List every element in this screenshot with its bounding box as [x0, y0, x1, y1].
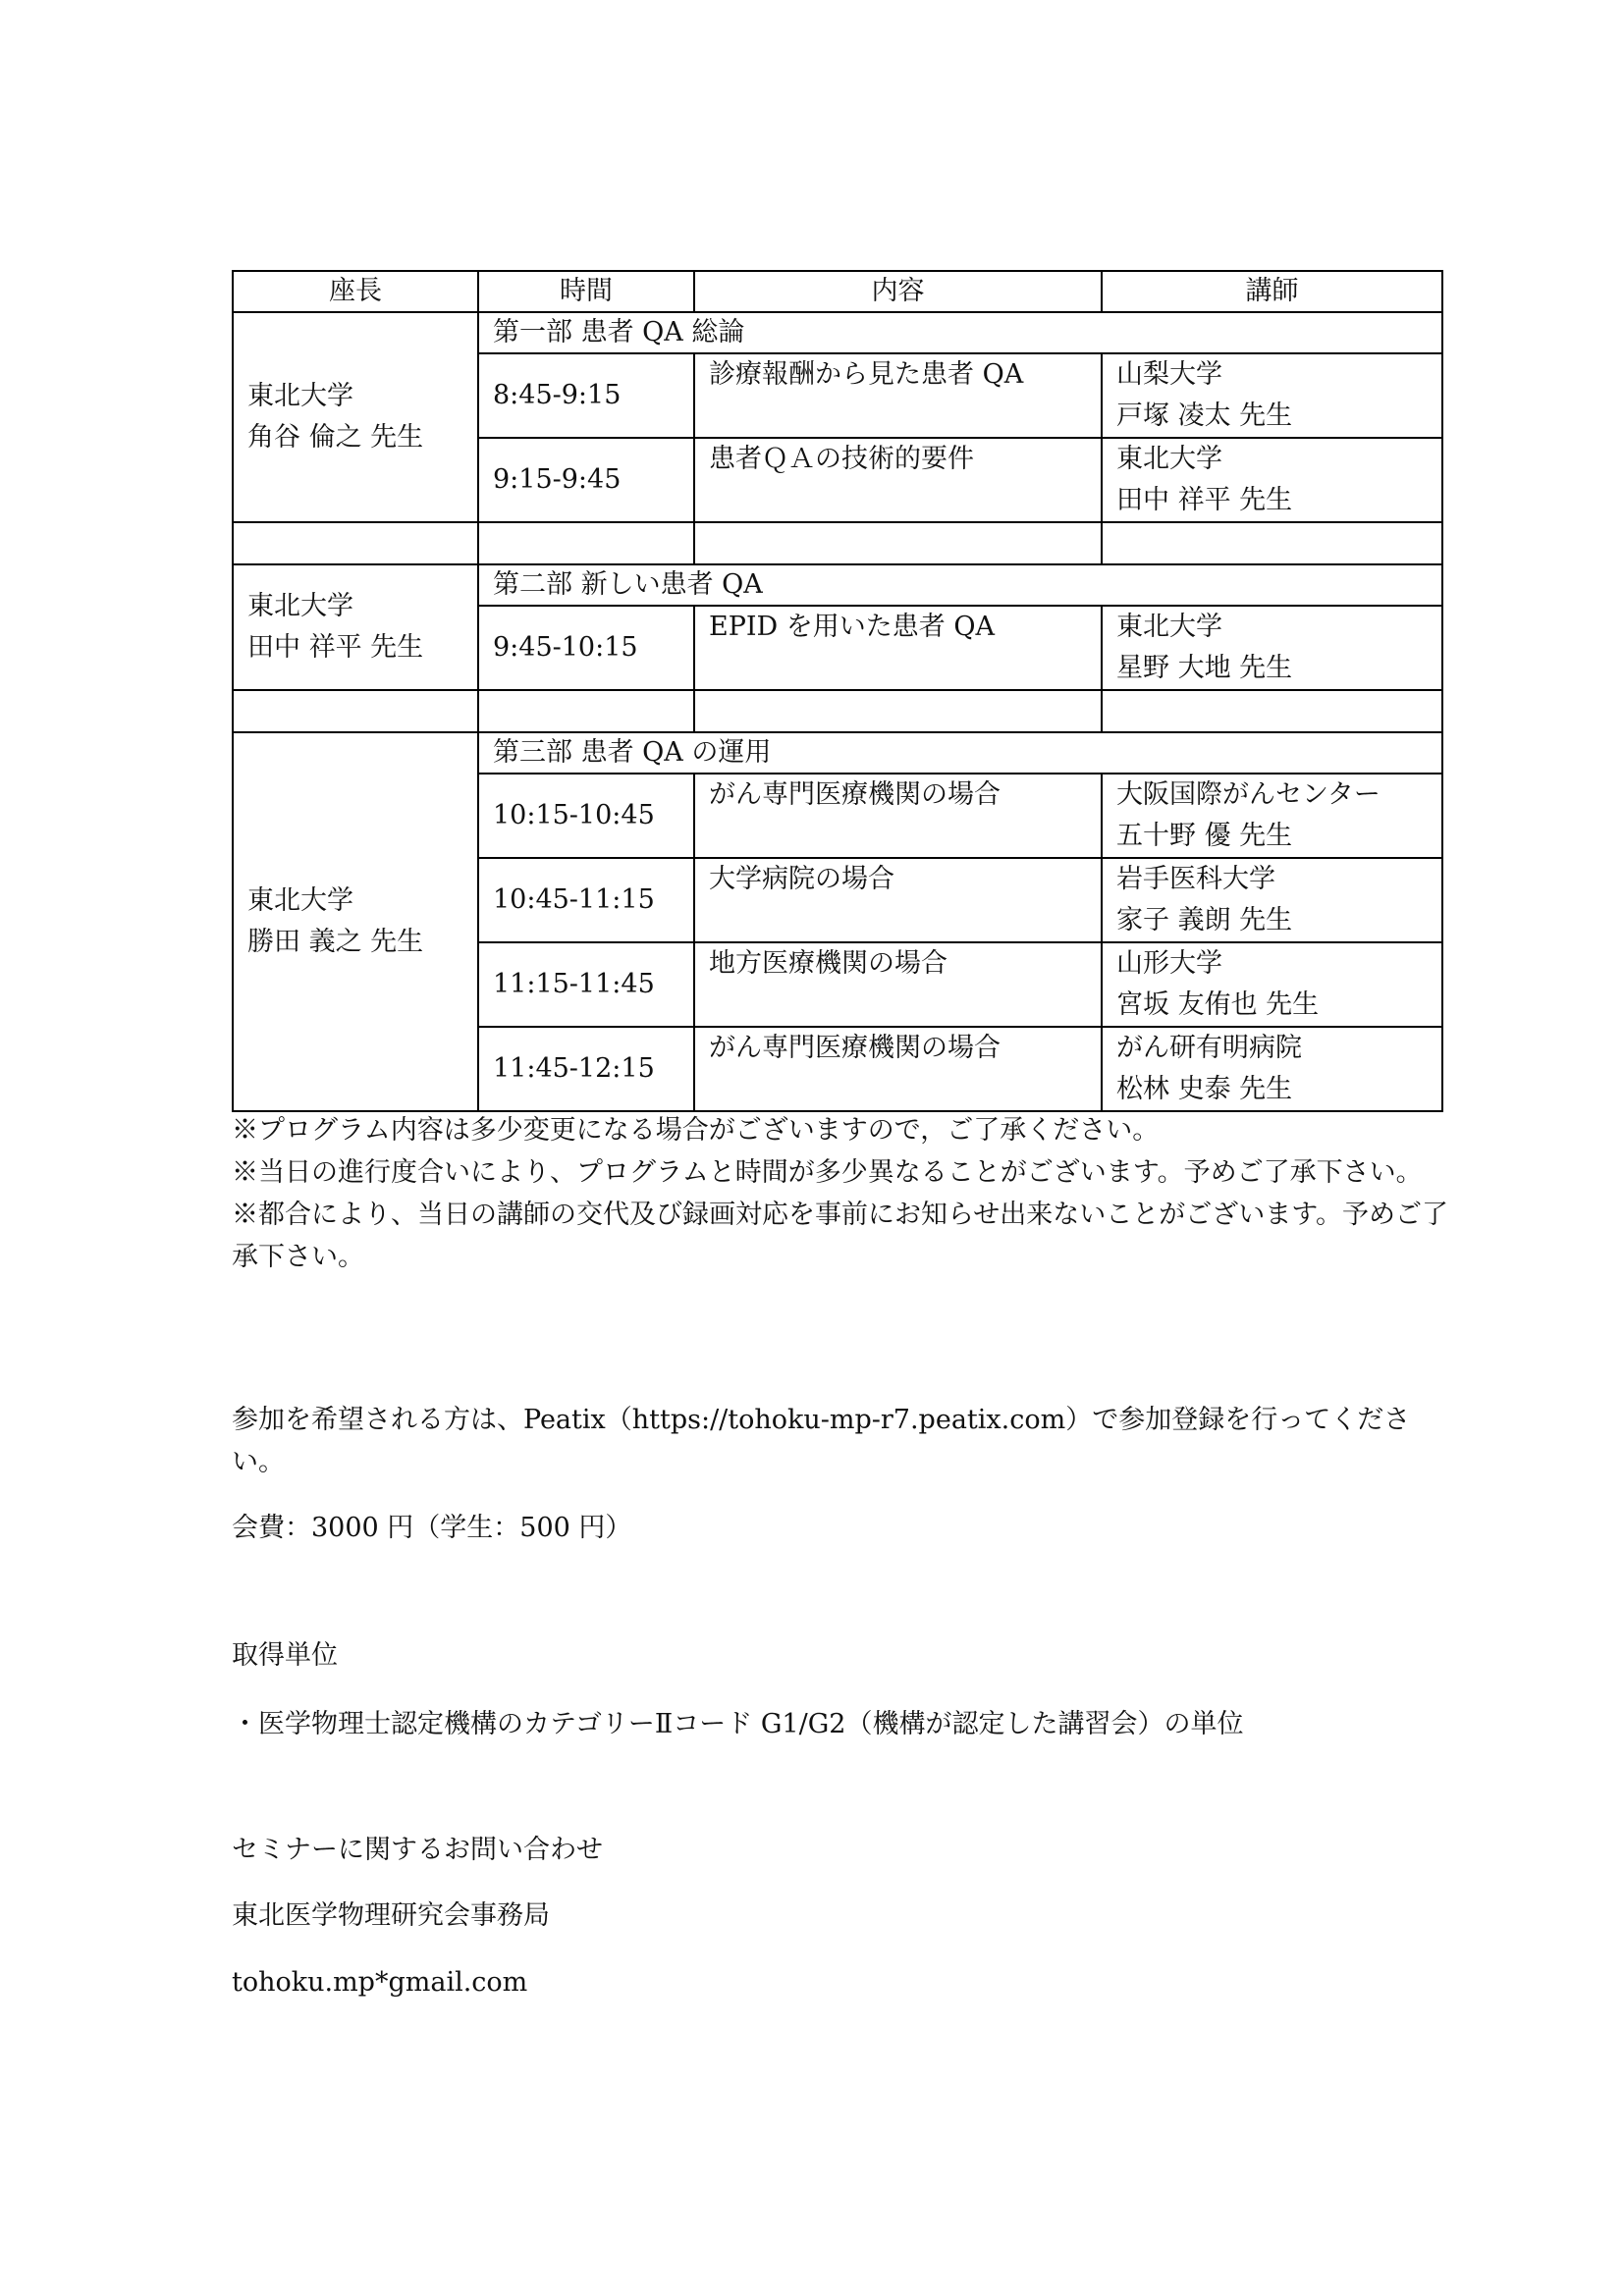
chair-affiliation: 東北大学 [247, 881, 463, 922]
empty-cell [233, 522, 478, 564]
fee-text: 会費：3000 円（学生：500 円） [232, 1507, 1459, 1549]
contact-org: 東北医学物理研究会事務局 [232, 1895, 1459, 1937]
lecturer-affiliation: 岩手医科大学 [1116, 859, 1428, 900]
session-content: 地方医療機関の場合 [694, 942, 1102, 1027]
session-lecturer: 山形大学 宮坂 友侑也 先生 [1102, 942, 1442, 1027]
lecturer-affiliation: 山形大学 [1116, 943, 1428, 985]
table-header-row: 座長 時間 内容 講師 [233, 271, 1442, 312]
part-1-chair: 東北大学 角谷 倫之 先生 [233, 312, 478, 522]
chair-affiliation: 東北大学 [247, 586, 463, 627]
session-time: 10:45-11:15 [478, 858, 694, 942]
session-content: 診療報酬から見た患者 QA [694, 353, 1102, 438]
session-content: がん専門医療機関の場合 [694, 1027, 1102, 1111]
part-3-title-row: 東北大学 勝田 義之 先生 第三部 患者 QA の運用 [233, 732, 1442, 774]
header-lecturer: 講師 [1102, 271, 1442, 312]
lecturer-affiliation: がん研有明病院 [1116, 1028, 1428, 1069]
session-lecturer: 岩手医科大学 家子 義朗 先生 [1102, 858, 1442, 942]
session-content: 大学病院の場合 [694, 858, 1102, 942]
note-3: ※都合により、当日の講師の交代及び録画対応を事前にお知らせ出来ないことがございま… [232, 1194, 1459, 1278]
session-time: 8:45-9:15 [478, 353, 694, 438]
lecturer-name: 宮坂 友侑也 先生 [1116, 985, 1428, 1026]
registration-text: 参加を希望される方は、Peatix（https://tohoku-mp-r7.p… [232, 1399, 1459, 1483]
session-time: 11:45-12:15 [478, 1027, 694, 1111]
contact-heading: セミナーに関するお問い合わせ [232, 1829, 1459, 1871]
spacer-row [233, 690, 1442, 732]
chair-name: 勝田 義之 先生 [247, 922, 463, 963]
lecturer-name: 松林 史泰 先生 [1116, 1069, 1428, 1110]
program-table: 座長 時間 内容 講師 東北大学 角谷 倫之 先生 第一部 患者 QA 総論 8… [232, 270, 1443, 1112]
chair-affiliation: 東北大学 [247, 376, 463, 417]
session-content: EPID を用いた患者 QA [694, 606, 1102, 690]
part-1-title-row: 東北大学 角谷 倫之 先生 第一部 患者 QA 総論 [233, 312, 1442, 353]
lecturer-affiliation: 大阪国際がんセンター [1116, 774, 1428, 816]
part-2-chair: 東北大学 田中 祥平 先生 [233, 564, 478, 690]
session-time: 9:45-10:15 [478, 606, 694, 690]
session-lecturer: 山梨大学 戸塚 凌太 先生 [1102, 353, 1442, 438]
lecturer-affiliation: 山梨大学 [1116, 354, 1428, 396]
lecturer-name: 田中 祥平 先生 [1116, 480, 1428, 521]
empty-cell [478, 690, 694, 732]
session-lecturer: 東北大学 星野 大地 先生 [1102, 606, 1442, 690]
part-3-chair: 東北大学 勝田 義之 先生 [233, 732, 478, 1111]
header-time: 時間 [478, 271, 694, 312]
contact-email: tohoku.mp*gmail.com [232, 1961, 1459, 2003]
credits-heading: 取得単位 [232, 1634, 1459, 1677]
part-3-title: 第三部 患者 QA の運用 [478, 732, 1442, 774]
session-lecturer: 東北大学 田中 祥平 先生 [1102, 438, 1442, 522]
chair-name: 角谷 倫之 先生 [247, 417, 463, 458]
session-content: 患者ＱＡの技術的要件 [694, 438, 1102, 522]
session-lecturer: がん研有明病院 松林 史泰 先生 [1102, 1027, 1442, 1111]
note-2: ※当日の進行度合いにより、プログラムと時間が多少異なることがございます。予めご了… [232, 1151, 1459, 1194]
empty-cell [233, 690, 478, 732]
session-content: がん専門医療機関の場合 [694, 774, 1102, 858]
document-page: 座長 時間 内容 講師 東北大学 角谷 倫之 先生 第一部 患者 QA 総論 8… [0, 0, 1624, 2296]
empty-cell [1102, 690, 1442, 732]
lecturer-name: 五十野 優 先生 [1116, 816, 1428, 857]
session-time: 9:15-9:45 [478, 438, 694, 522]
program-notes: ※プログラム内容は多少変更になる場合がございますので，ご了承ください。 ※当日の… [232, 1109, 1459, 1278]
empty-cell [478, 522, 694, 564]
empty-cell [1102, 522, 1442, 564]
lecturer-name: 星野 大地 先生 [1116, 648, 1428, 689]
credits-item: ・医学物理士認定機構のカテゴリーⅡコード G1/G2（機構が認定した講習会）の単… [232, 1703, 1459, 1745]
empty-cell [694, 690, 1102, 732]
lecturer-affiliation: 東北大学 [1116, 439, 1428, 480]
session-time: 11:15-11:45 [478, 942, 694, 1027]
part-1-title: 第一部 患者 QA 総論 [478, 312, 1442, 353]
session-lecturer: 大阪国際がんセンター 五十野 優 先生 [1102, 774, 1442, 858]
header-chair: 座長 [233, 271, 478, 312]
session-time: 10:15-10:45 [478, 774, 694, 858]
lecturer-name: 家子 義朗 先生 [1116, 900, 1428, 941]
note-1: ※プログラム内容は多少変更になる場合がございますので，ご了承ください。 [232, 1109, 1459, 1151]
spacer-row [233, 522, 1442, 564]
lecturer-name: 戸塚 凌太 先生 [1116, 396, 1428, 437]
lecturer-affiliation: 東北大学 [1116, 607, 1428, 648]
empty-cell [694, 522, 1102, 564]
part-2-title-row: 東北大学 田中 祥平 先生 第二部 新しい患者 QA [233, 564, 1442, 606]
header-content: 内容 [694, 271, 1102, 312]
part-2-title: 第二部 新しい患者 QA [478, 564, 1442, 606]
chair-name: 田中 祥平 先生 [247, 627, 463, 668]
